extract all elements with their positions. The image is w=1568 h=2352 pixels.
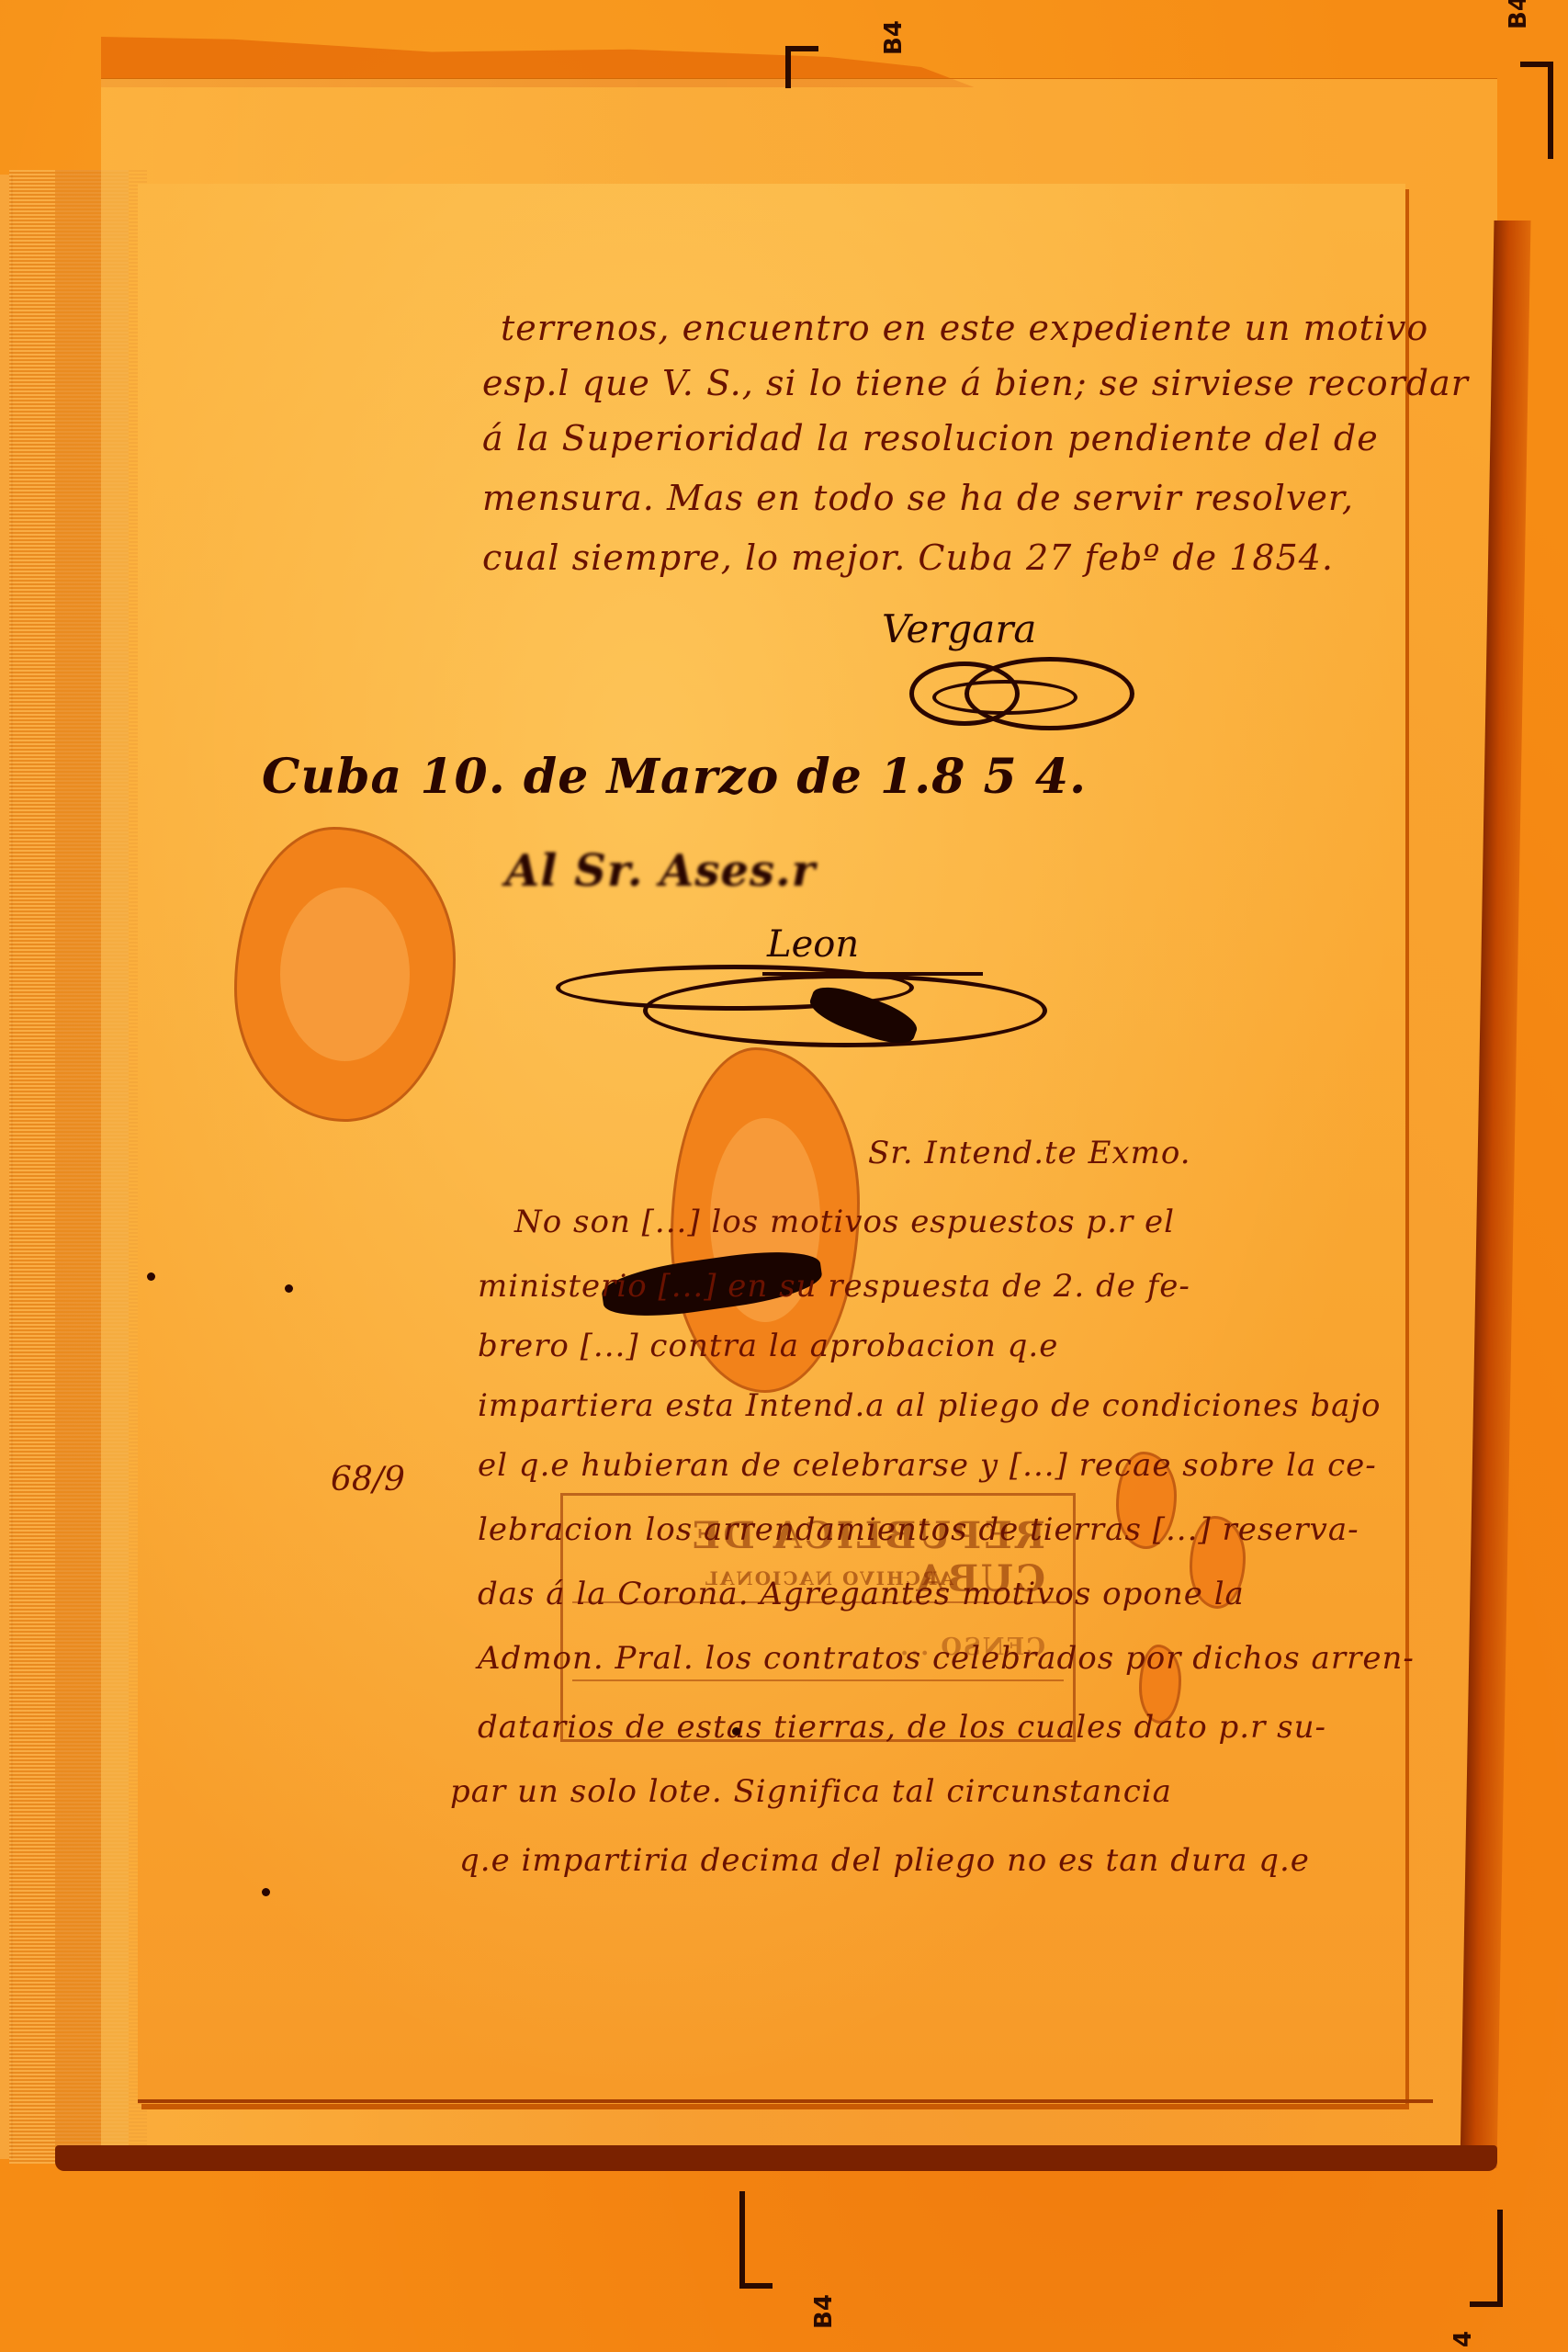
entry-line: el q.e hubieran de celebrarse y [...] re… xyxy=(478,1447,1377,1484)
letter-line: á la Superioridad la resolucion pendient… xyxy=(482,418,1379,458)
crop-label-top-left: B4 xyxy=(880,20,908,55)
crop-label-top-right: B4 xyxy=(1505,0,1532,29)
ink-dot xyxy=(147,1272,155,1281)
crop-mark-top-left xyxy=(785,46,818,88)
entry-line: q.e impartiria decima del pliego no es t… xyxy=(459,1842,1310,1879)
crop-mark-bottom-left xyxy=(739,2191,773,2289)
ink-dot xyxy=(732,1727,740,1736)
entry-date-heading: Cuba 10. de Marzo de 1.8 5 4. xyxy=(262,749,1087,805)
crop-mark-bottom-right xyxy=(1470,2210,1503,2307)
margin-folio-note: 68/9 xyxy=(331,1461,405,1498)
salutation: Sr. Intend.te Exmo. xyxy=(868,1135,1191,1171)
entry-line: No son [...] los motivos espuestos p.r e… xyxy=(514,1204,1175,1240)
signature-name: Vergara xyxy=(882,606,1036,651)
entry-line: lebracion los arrendamientos de tierras … xyxy=(478,1511,1359,1548)
entry-line: Admon. Pral. los contratos celebrados po… xyxy=(478,1640,1415,1677)
entry-line: das á la Corona. Agregantes motivos opon… xyxy=(478,1576,1245,1612)
page-bottom-rule xyxy=(138,2099,1433,2103)
ink-dot xyxy=(285,1284,293,1293)
signature-name: Leon xyxy=(767,923,859,966)
crop-label-bottom-left: B4 xyxy=(810,2294,838,2329)
crop-label-bottom-right: 4 xyxy=(1450,2331,1477,2347)
letter-line: esp.l que V. S., si lo tiene á bien; se … xyxy=(482,363,1469,403)
letter-line: terrenos, encuentro en este expediente u… xyxy=(501,308,1428,348)
entry-line: ministerio [...] en su respuesta de 2. d… xyxy=(478,1268,1190,1305)
signature-flourish xyxy=(932,680,1077,715)
stamp-rule xyxy=(572,1679,1064,1681)
letter-line: mensura. Mas en todo se ha de servir res… xyxy=(482,478,1354,518)
crop-mark-top-right xyxy=(1520,62,1553,159)
ink-dot xyxy=(262,1888,270,1896)
letter-line: cual siempre, lo mejor. Cuba 27 febº de … xyxy=(482,537,1334,578)
entry-line: par un solo lote. Significa tal circunst… xyxy=(450,1773,1172,1810)
entry-line: datarios de estas tierras, de los cuales… xyxy=(478,1709,1326,1746)
entry-line: brero [...] contra la aprobacion q.e xyxy=(478,1328,1058,1364)
entry-line: impartiera esta Intend.a al pliego de co… xyxy=(478,1387,1381,1424)
entry-subheading: Al Sr. Ases.r xyxy=(505,845,816,897)
page-edge-bottom-shadow xyxy=(55,2145,1497,2171)
